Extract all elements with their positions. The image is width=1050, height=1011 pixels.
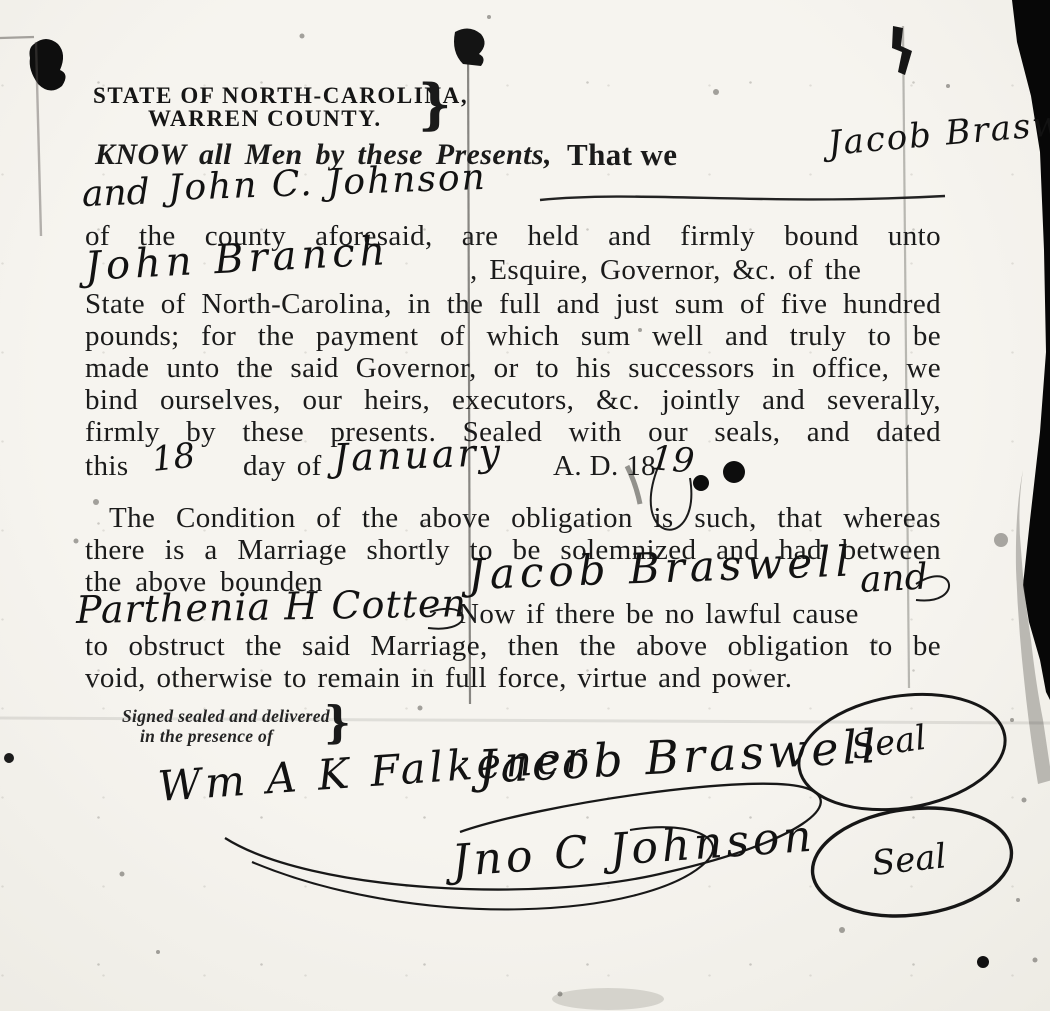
principal-signature: Jacob Braswell: [477, 719, 882, 794]
bond-line-6: bind ourselves, our heirs, executors, &c…: [85, 385, 941, 415]
and-word-handwritten: and: [81, 172, 150, 215]
ink-blot-small: [693, 475, 709, 491]
fold-top-blob: [454, 28, 485, 66]
surety-signature: Jno C Johnson: [450, 811, 817, 887]
ink-blot-large: [723, 461, 745, 483]
month-handwritten: January: [332, 430, 504, 480]
condition-line-6: void, otherwise to remain in full force,…: [85, 663, 792, 693]
condition-line-5: to obstruct the said Marriage, then the …: [85, 631, 941, 661]
crease-left: [36, 42, 41, 236]
bond-line-5: made unto the said Governor, or to his s…: [85, 353, 941, 383]
attestation-line-2: in the presence of: [140, 726, 273, 747]
state-heading: STATE OF NORTH-CAROLINA,: [93, 84, 468, 108]
year-printed: A. D. 18: [553, 451, 656, 481]
date-this-word: this: [85, 451, 129, 481]
fold-right-mark: [892, 26, 912, 75]
bond-line-4: pounds; for the payment of which sum wel…: [85, 321, 941, 351]
bond-line-2: , Esquire, Governor, &c. of the: [470, 255, 861, 285]
condition-and-handwritten: and: [859, 556, 929, 600]
bond-line-7: firmly by these presents. Sealed with ou…: [85, 417, 941, 447]
scan-edge-texture: [1016, 470, 1050, 784]
bond-line-3: State of North-Carolina, in the full and…: [85, 289, 941, 319]
principal-name-handwritten: Jacob Braswell: [826, 99, 1050, 164]
attestation-brace: }: [324, 697, 351, 748]
county-heading: WARREN COUNTY.: [148, 107, 382, 131]
year-written-handwritten: 19: [649, 438, 696, 482]
date-day-of: day of: [243, 451, 322, 481]
condition-line-1: The Condition of the above obligation is…: [85, 503, 941, 533]
bride-name-handwritten: Parthenia H Cotten: [76, 581, 468, 632]
ink-blob-top-left: [30, 39, 66, 91]
header-brace: }: [418, 72, 451, 136]
pen-dash: [540, 196, 945, 200]
bottom-smudge: [552, 988, 664, 1010]
surety-seal-label: Seal: [870, 836, 948, 884]
attestation-line-1: Signed sealed and delivered: [122, 706, 330, 727]
day-value-handwritten: 18: [150, 436, 197, 480]
document-page: STATE OF NORTH-CAROLINA, WARREN COUNTY. …: [0, 0, 1050, 1011]
crease-top-left: [0, 37, 34, 38]
condition-line-4: Now if there be no lawful cause: [458, 599, 859, 629]
that-we-phrase: That we: [567, 139, 677, 172]
